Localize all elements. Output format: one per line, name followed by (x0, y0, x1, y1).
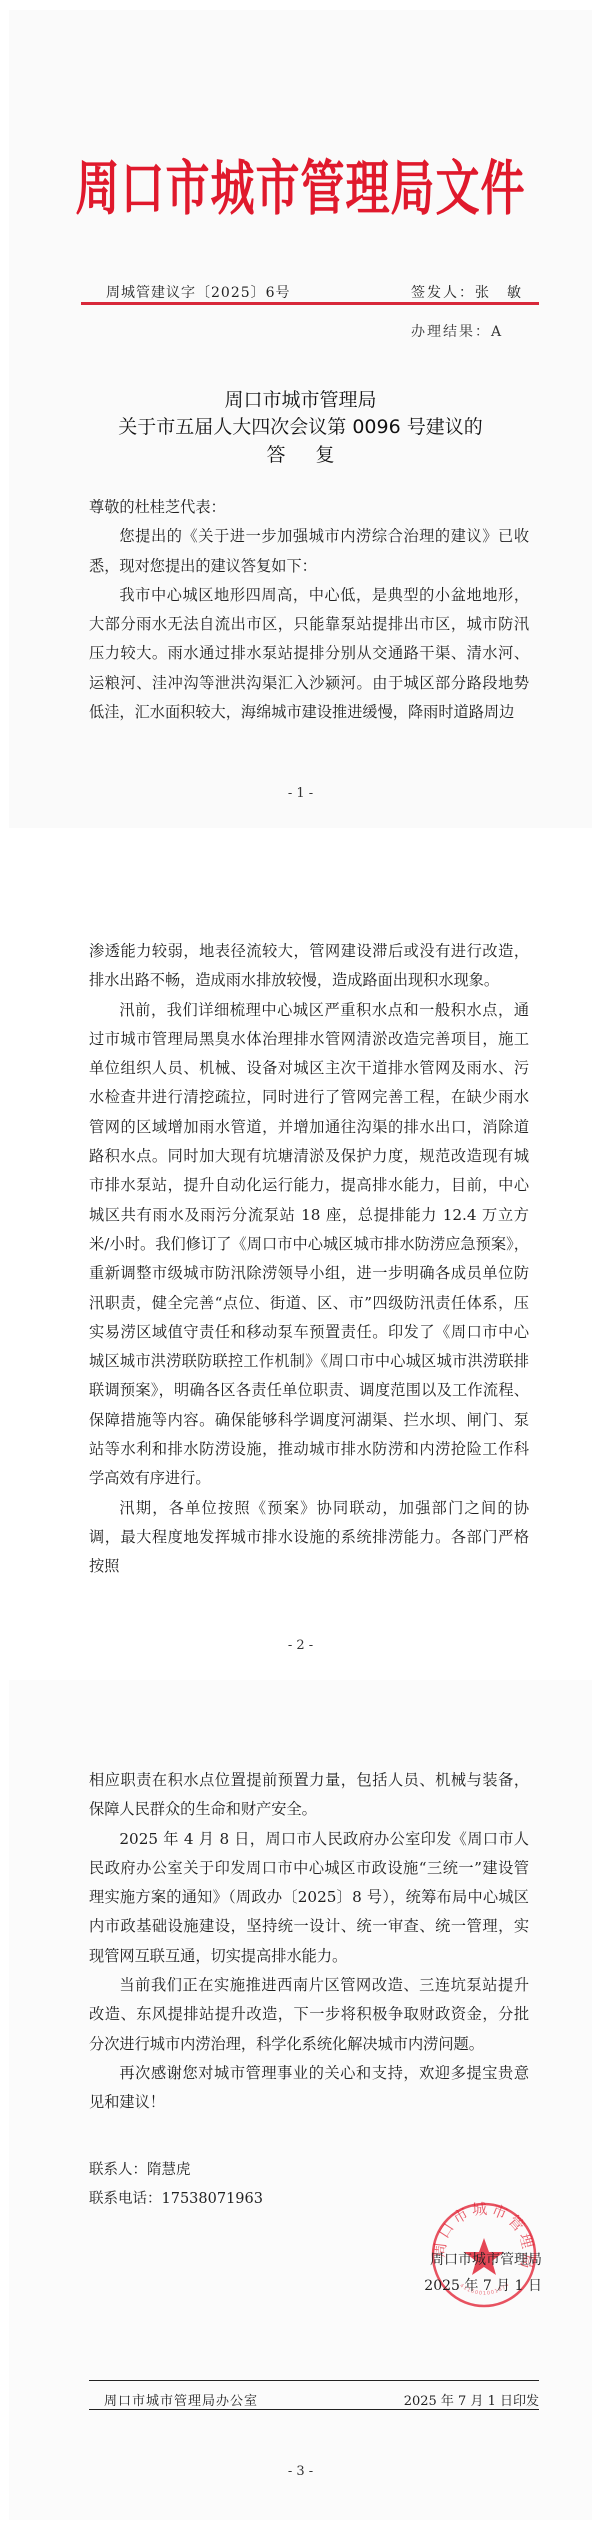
contact-phone-label: 联系电话： (89, 2191, 162, 2207)
page-3-body: 相应职责在积水点位置提前预置力量，包括人员、机械与装备，保障人民群众的生命和财产… (89, 1766, 529, 2118)
page-2-body: 渗透能力较弱，地表径流较大，管网建设滞后或没有进行改造，排水出路不畅，造成雨水排… (89, 937, 529, 1582)
footer-print-date: 2025 年 7 月 1 日印发 (389, 2390, 539, 2409)
paragraph: 渗透能力较弱，地表径流较大，管网建设滞后或没有进行改造，排水出路不畅，造成雨水排… (89, 937, 529, 996)
contact-block: 联系人：隋慧虎 联系电话：17538071963 (89, 2156, 263, 2214)
contact-phone-number: 17538071963 (162, 2191, 263, 2207)
document-page-2: 渗透能力较弱，地表径流较大，管网建设滞后或没有进行改造，排水出路不畅，造成雨水排… (9, 868, 592, 1640)
document-number: 周城管建议字〔2025〕6号 (106, 282, 291, 302)
footer-bottom-rule (89, 2409, 539, 2410)
page-number: - 2 - (9, 1638, 592, 1653)
contact-phone: 联系电话：17538071963 (89, 2185, 263, 2214)
paragraph: 2025 年 4 月 8 日，周口市人民政府办公室印发《周口市人民政府办公室关于… (89, 1825, 529, 1971)
paragraph: 您提出的《关于进一步加强城市内涝综合治理的建议》已收悉，现对您提出的建议答复如下… (89, 522, 529, 581)
paragraph: 汛前，我们详细梳理中心城区严重积水点和一般积水点，通过市城市管理局黑臭水体治理排… (89, 996, 529, 1494)
signoff-organization: 周口市城市管理局 (402, 2247, 542, 2273)
signer: 签发人：张 敏 (411, 282, 523, 302)
footer-issuer: 周口市城市管理局办公室 (104, 2390, 258, 2409)
paragraph: 汛期，各单位按照《预案》协同联动，加强部门之间的协调，最大程度地发挥城市排水设施… (89, 1494, 529, 1582)
signer-label: 签发人： (411, 285, 475, 301)
document-title-line-1: 周口市城市管理局 (9, 385, 592, 412)
signoff-block: 周口市城市管理局 2025 年 7 月 1 日 (402, 2247, 542, 2299)
page-number: - 3 - (9, 2464, 592, 2479)
paragraph: 相应职责在积水点位置提前预置力量，包括人员、机械与装备，保障人民群众的生命和财产… (89, 1766, 529, 1825)
red-header-title: 周口市城市管理局文件 (9, 140, 592, 226)
document-title-line-3: 答复 (9, 440, 592, 467)
signoff-date: 2025 年 7 月 1 日 (402, 2273, 542, 2299)
document-page-1: 周口市城市管理局文件 周城管建议字〔2025〕6号 签发人：张 敏 办理结果：A… (9, 10, 592, 828)
signer-name: 张 敏 (475, 285, 523, 301)
contact-person-name: 隋慧虎 (147, 2162, 191, 2178)
contact-person: 联系人：隋慧虎 (89, 2156, 263, 2185)
footer-top-rule (89, 2380, 539, 2381)
page-number: - 1 - (9, 786, 592, 801)
result-label: 办理结果： (411, 324, 491, 340)
page-1-body: 尊敬的杜桂芝代表： 您提出的《关于进一步加强城市内涝综合治理的建议》已收悉，现对… (89, 493, 529, 727)
result-value: A (491, 324, 503, 340)
red-divider-line (81, 302, 539, 305)
contact-person-label: 联系人： (89, 2162, 147, 2178)
paragraph: 我市中心城区地形四周高，中心低，是典型的小盆地地形，大部分雨水无法自流出市区，只… (89, 581, 529, 727)
paragraph: 再次感谢您对城市管理事业的关心和支持，欢迎多提宝贵意见和建议！ (89, 2059, 529, 2118)
document-page-3: 相应职责在积水点位置提前预置力量，包括人员、机械与装备，保障人民群众的生命和财产… (9, 1680, 592, 2520)
document-title-line-2: 关于市五届人大四次会议第 0096 号建议的 (9, 412, 592, 439)
paragraph: 当前我们正在实施推进西南片区管网改造、三连坑泵站提升改造、东风提排站提升改造，下… (89, 1971, 529, 2059)
handling-result: 办理结果：A (411, 321, 503, 341)
salutation: 尊敬的杜桂芝代表： (89, 493, 529, 522)
